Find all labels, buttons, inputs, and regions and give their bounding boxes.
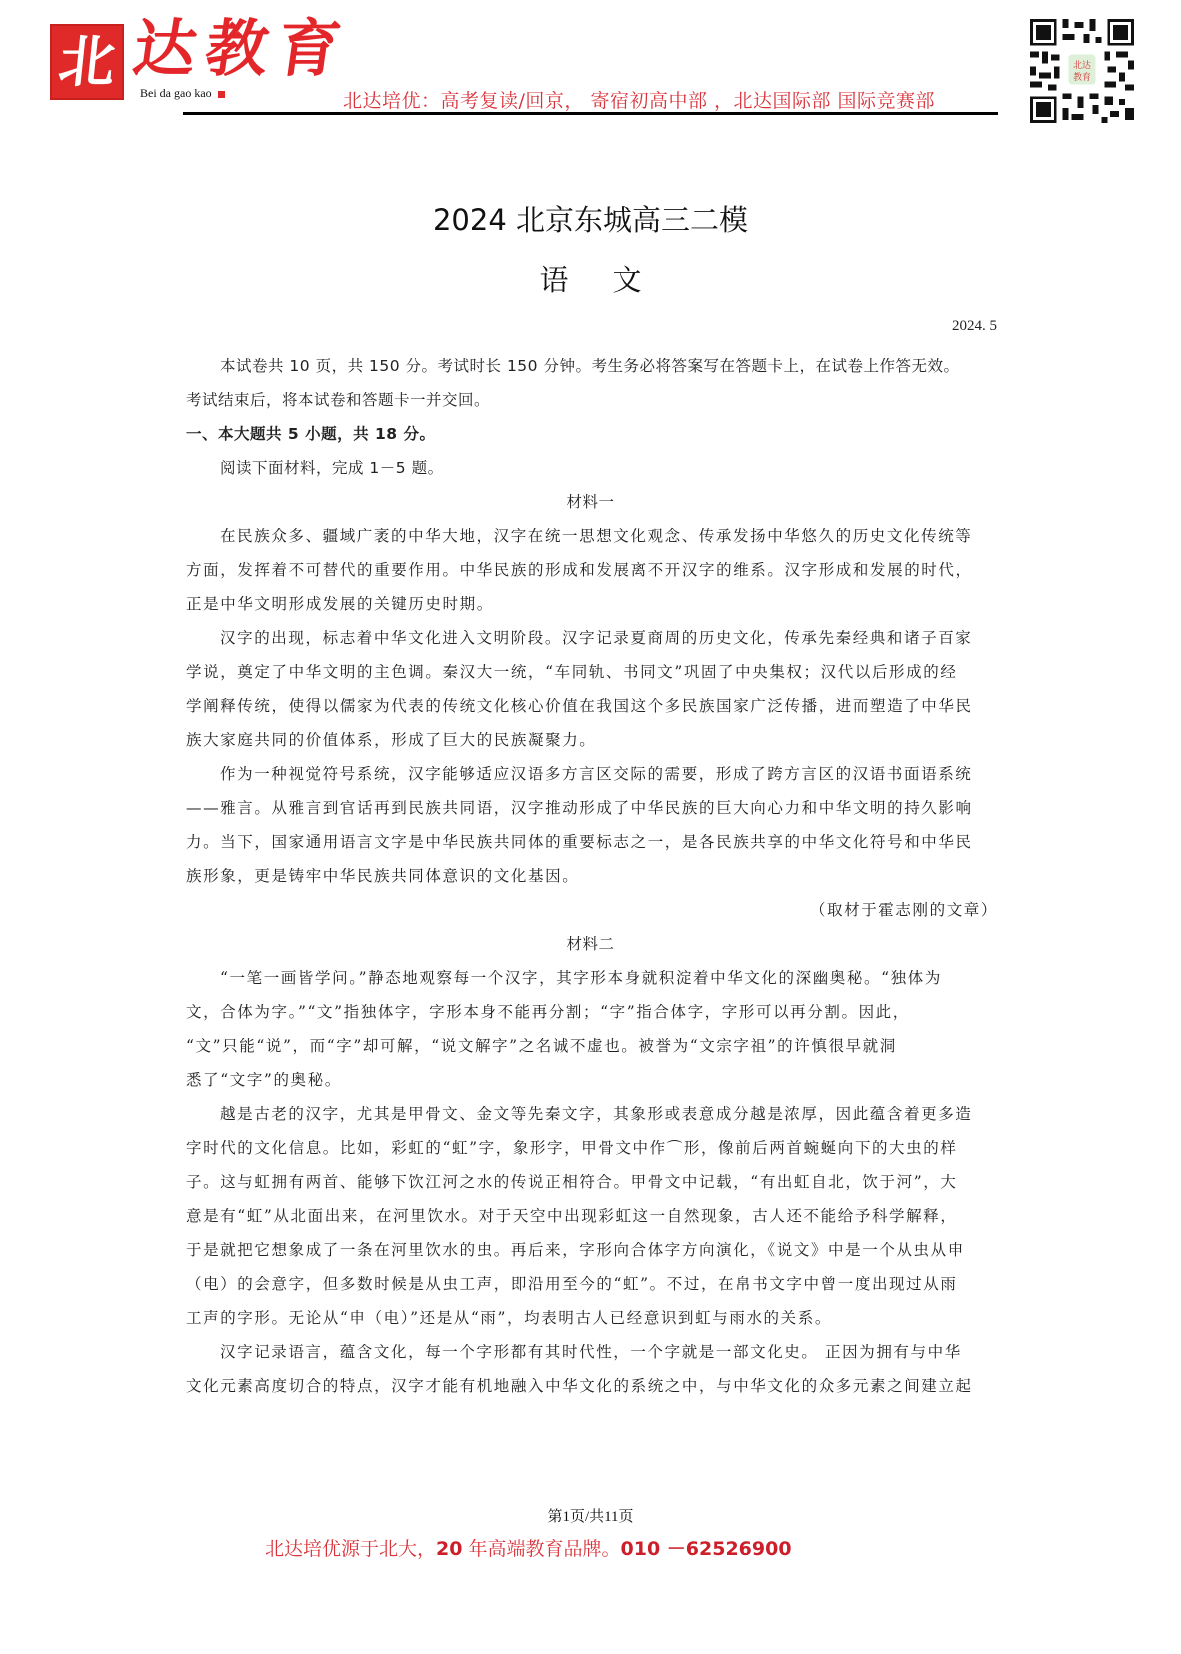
material2-line: 意是有“虹”从北面出来，在河里饮水。对于天空中出现彩虹这一自然现象，古人还不能给…: [186, 1209, 998, 1225]
logo-mark: 北: [50, 24, 124, 100]
logo-dot-icon: [218, 91, 225, 98]
logo-subtitle: Bei da gao kao: [140, 86, 225, 101]
material2-line: 子。这与虹拥有两首、能够下饮江河之水的传说正相符合。甲骨文中记载，“有出虹自北，…: [186, 1175, 998, 1191]
header-divider: [183, 112, 998, 115]
intro-line: 本试卷共 10 页，共 150 分。考试时长 150 分钟。考生务必将答案写在答…: [220, 359, 1032, 375]
header-slogan: 北达培优：高考复读/回京， 寄宿初高中部 ，北达国际部 国际竞赛部: [343, 86, 935, 113]
intro-line: 考试结束后，将本试卷和答题卡一并交回。: [186, 393, 998, 409]
material1-line: 汉字的出现，标志着中华文化进入文明阶段。汉字记录夏商周的历史文化，传承先秦经典和…: [220, 631, 1032, 647]
instruction: 阅读下面材料，完成 1－5 题。: [220, 461, 1032, 477]
material1-line: 在民族众多、疆域广袤的中华大地，汉字在统一思想文化观念、传承发扬中华悠久的历史文…: [220, 529, 1032, 545]
material2-line: “文”只能“说”，而“字”却可解，“说文解字”之名诚不虚也。被誉为“文宗字祖”的…: [186, 1039, 998, 1055]
material2-line: 汉字记录语言，蕴含文化，每一个字形都有其时代性，一个字就是一部文化史。 正因为拥…: [220, 1345, 1032, 1361]
material1-line: 学阐释传统，使得以儒家为代表的传统文化核心价值在我国这个多民族国家广泛传播，进而…: [186, 699, 998, 715]
qr-code-icon: 北达 教育: [1027, 15, 1137, 127]
material2-line: 悉了“文字”的奥秘。: [186, 1073, 998, 1089]
material1-line: 学说，奠定了中华文明的主色调。秦汉大一统，“车同轨、书同文”巩固了中央集权；汉代…: [186, 665, 998, 681]
material1-source: （取材于霍志刚的文章）: [810, 903, 998, 919]
subject-title: 语文: [0, 258, 1181, 299]
material1-line: 作为一种视觉符号系统，汉字能够适应汉语多方言区交际的需要，形成了跨方言区的汉语书…: [220, 767, 1032, 783]
footer-phone: 010 －62526900: [621, 1538, 792, 1560]
material2-line: 越是古老的汉字，尤其是甲骨文、金文等先秦文字，其象形或表意成分越是浓厚，因此蕴含…: [220, 1107, 1032, 1123]
material2-line: “一笔一画皆学问。”静态地观察每一个汉字，其字形本身就积淀着中华文化的深幽奥秘。…: [220, 971, 1032, 987]
logo-mark-char: 北: [56, 34, 118, 90]
exam-title: 2024 北京东城高三二模: [0, 198, 1181, 239]
page-number: 第1页/共11页: [0, 1505, 1181, 1526]
material2-line: 于是就把它想象成了一条在河里饮水的虫。再后来，字形向合体字方向演化，《说文》中是…: [186, 1243, 998, 1259]
footer-slogan: 北达培优源于北大，20 年高端教育品牌。010 －62526900: [265, 1534, 792, 1561]
material1-heading: 材料一: [0, 495, 1181, 511]
material2-line: （电）的会意字，但多数时候是从虫工声，即沿用至今的“虹”。不过，在帛书文字中曾一…: [186, 1277, 998, 1293]
material1-line: 正是中华文明形成发展的关键历史时期。: [186, 597, 998, 613]
material1-line: 力。当下，国家通用语言文字是中华民族共同体的重要标志之一，是各民族共享的中华文化…: [186, 835, 998, 851]
logo-text: 达教育: [130, 18, 355, 80]
material2-line: 字时代的文化信息。比如，彩虹的“虹”字，象形字，甲骨文中作⌒形，像前后两首蜿蜒向…: [186, 1141, 998, 1157]
material1-line: ——雅言。从雅言到官话再到民族共同语，汉字推动形成了中华民族的巨大向心力和中华文…: [186, 801, 998, 817]
section-heading: 一、本大题共 5 小题，共 18 分。: [186, 427, 998, 443]
svg-text:教育: 教育: [1073, 71, 1091, 83]
material1-line: 族形象，更是铸牢中华民族共同体意识的文化基因。: [186, 869, 998, 885]
material1-line: 族大家庭共同的价值体系，形成了巨大的民族凝聚力。: [186, 733, 998, 749]
material2-line: 工声的字形。无论从“申（电）”还是从“雨”，均表明古人已经意识到虹与雨水的关系。: [186, 1311, 998, 1327]
material2-line: 文化元素高度切合的特点，汉字才能有机地融入中华文化的系统之中，与中华文化的众多元…: [186, 1379, 998, 1395]
exam-date: 2024. 5: [952, 318, 997, 335]
material1-line: 方面，发挥着不可替代的重要作用。中华民族的形成和发展离不开汉字的维系。汉字形成和…: [186, 563, 998, 579]
svg-text:北达: 北达: [1073, 59, 1091, 71]
material2-heading: 材料二: [0, 937, 1181, 953]
material2-line: 文，合体为字。”“文”指独体字，字形本身不能再分割；“字”指合体字，字形可以再分…: [186, 1005, 998, 1021]
